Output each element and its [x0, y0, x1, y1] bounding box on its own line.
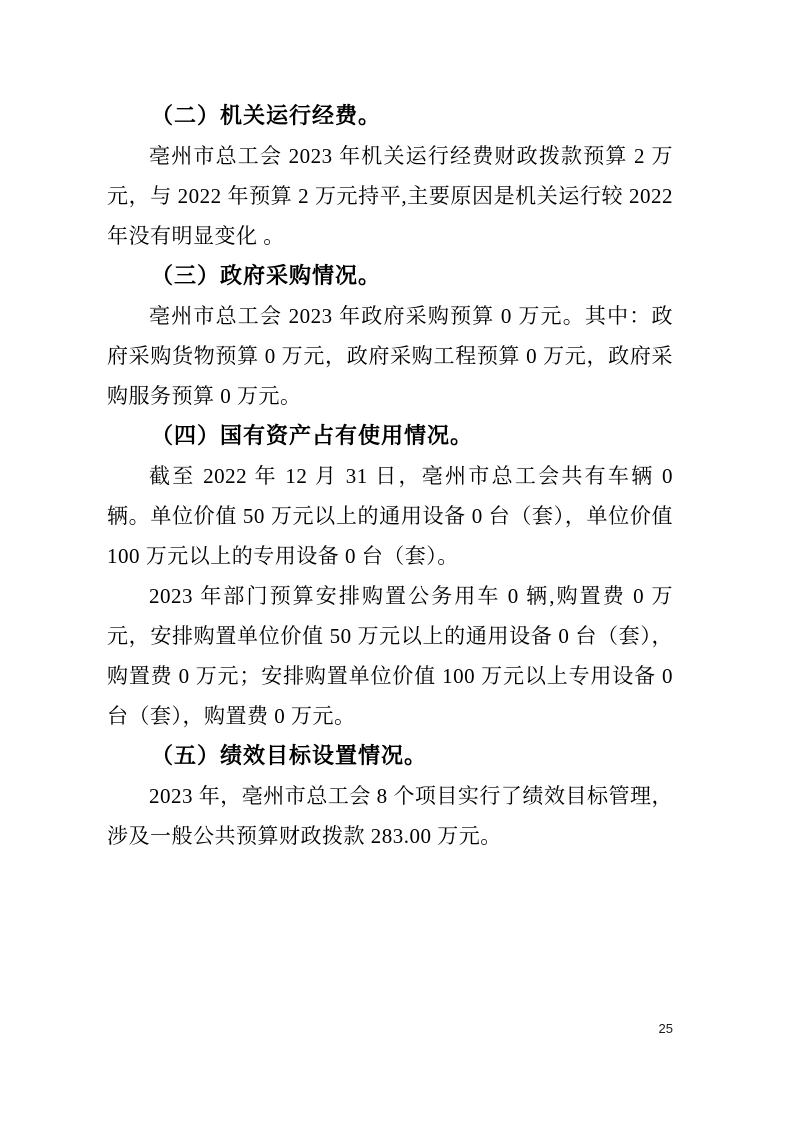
page-number: 25 — [659, 1020, 673, 1038]
section-heading-agency-operating-expenses: （二）机关运行经费。 — [107, 96, 673, 136]
document-page: （二）机关运行经费。 亳州市总工会 2023 年机关运行经费财政拨款预算 2 万… — [0, 0, 793, 1122]
section-paragraph-performance-targets: 2023 年，亳州市总工会 8 个项目实行了绩效目标管理，涉及一般公共预算财政拨… — [107, 776, 673, 856]
section-paragraph-state-owned-assets-current: 截至 2022 年 12 月 31 日，亳州市总工会共有车辆 0 辆。单位价值 … — [107, 456, 673, 576]
section-heading-performance-targets: （五）绩效目标设置情况。 — [107, 736, 673, 776]
section-heading-government-procurement: （三）政府采购情况。 — [107, 256, 673, 296]
section-heading-state-owned-assets: （四）国有资产占有使用情况。 — [107, 416, 673, 456]
section-paragraph-state-owned-assets-planned: 2023 年部门预算安排购置公务用车 0 辆,购置费 0 万元，安排购置单位价值… — [107, 576, 673, 736]
page-content: （二）机关运行经费。 亳州市总工会 2023 年机关运行经费财政拨款预算 2 万… — [107, 96, 673, 856]
section-paragraph-government-procurement: 亳州市总工会 2023 年政府采购预算 0 万元。其中：政府采购货物预算 0 万… — [107, 296, 673, 416]
section-paragraph-agency-operating-expenses: 亳州市总工会 2023 年机关运行经费财政拨款预算 2 万元，与 2022 年预… — [107, 136, 673, 256]
